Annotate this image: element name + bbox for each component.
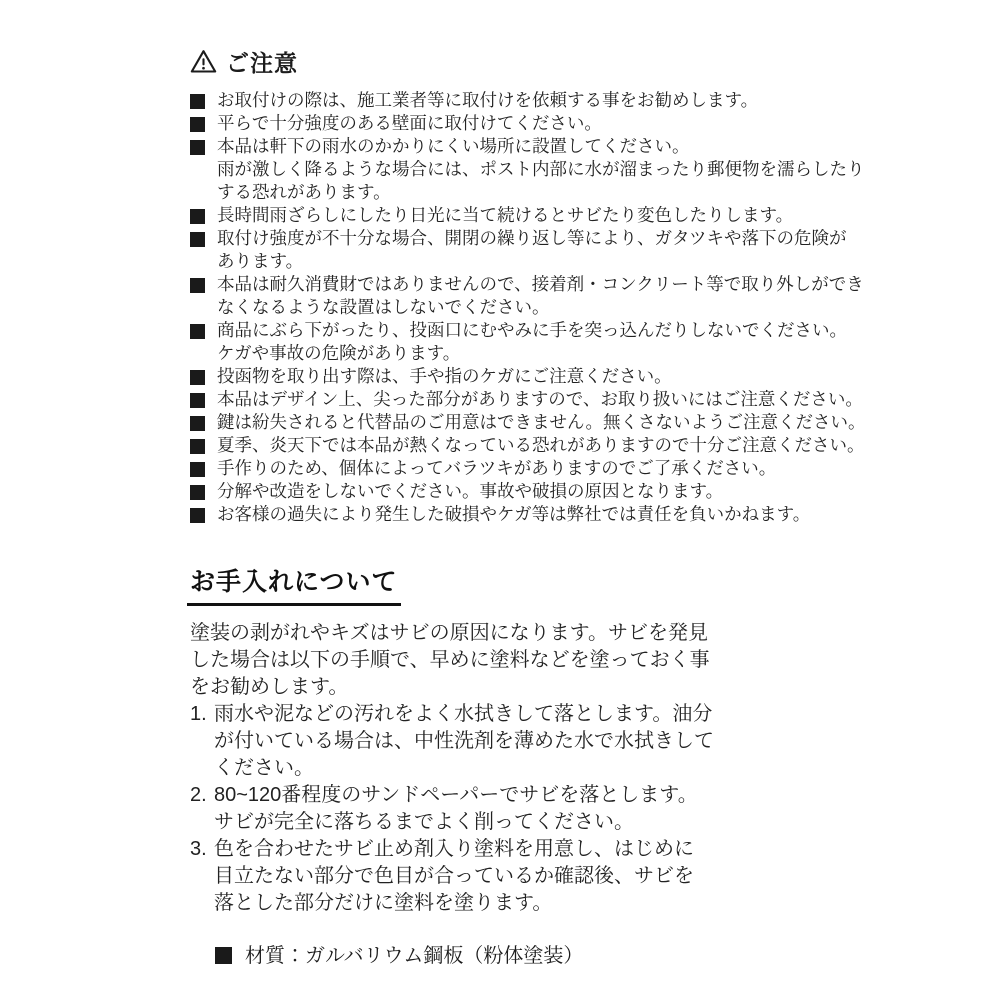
caution-item: 手作りのため、個体によってバラツキがありますのでご了承ください。 bbox=[190, 457, 890, 480]
caution-item-text: 取付け強度が不十分な場合、開閉の繰り返し等により、ガタツキや落下の危険が ありま… bbox=[217, 228, 846, 271]
bullet-square-icon bbox=[190, 508, 205, 523]
step-text: 色を合わせたサビ止め剤入り塗料を用意し、はじめに 目立たない部分で色目が合ってい… bbox=[214, 836, 734, 917]
caution-item: お取付けの際は、施工業者等に取付けを依頼する事をお勧めします。 bbox=[190, 89, 890, 112]
step-text: 80~120番程度のサンドペーパーでサビを落とします。 サビが完全に落ちるまでよ… bbox=[214, 782, 734, 836]
caution-item-text: 夏季、炎天下では本品が熱くなっている恐れがありますので十分ご注意ください。 bbox=[217, 435, 865, 455]
material-text: 材質：ガルバリウム鋼板（粉体塗装） bbox=[245, 945, 583, 967]
caution-item-text: 手作りのため、個体によってバラツキがありますのでご了承ください。 bbox=[217, 458, 776, 478]
caution-item: 商品にぶら下がったり、投函口にむやみに手を突っ込んだりしないでください。 ケガや… bbox=[190, 319, 890, 365]
care-step: 3. 色を合わせたサビ止め剤入り塗料を用意し、はじめに 目立たない部分で色目が合… bbox=[190, 836, 890, 917]
bullet-square-icon bbox=[190, 209, 205, 224]
caution-item-text: 分解や改造をしないでください。事故や破損の原因となります。 bbox=[217, 481, 723, 501]
bullet-square-icon bbox=[190, 140, 205, 155]
step-number: 1. bbox=[190, 701, 214, 782]
caution-item: 鍵は紛失されると代替品のご用意はできません。無くさないようご注意ください。 bbox=[190, 411, 890, 434]
caution-item-text: お取付けの際は、施工業者等に取付けを依頼する事をお勧めします。 bbox=[217, 90, 758, 110]
caution-list: お取付けの際は、施工業者等に取付けを依頼する事をお勧めします。 平らで十分強度の… bbox=[190, 89, 890, 526]
caution-item-text: 本品はデザイン上、尖った部分がありますので、お取り扱いにはご注意ください。 bbox=[217, 389, 863, 409]
material-row: 材質：ガルバリウム鋼板（粉体塗装） bbox=[215, 943, 890, 969]
warning-icon bbox=[190, 49, 217, 74]
bullet-square-icon bbox=[215, 947, 232, 964]
caution-item: 分解や改造をしないでください。事故や破損の原因となります。 bbox=[190, 480, 890, 503]
bullet-square-icon bbox=[190, 117, 205, 132]
bullet-square-icon bbox=[190, 393, 205, 408]
step-text: 雨水や泥などの汚れをよく水拭きして落とします。油分 が付いている場合は、中性洗剤… bbox=[214, 701, 734, 782]
care-steps: 1. 雨水や泥などの汚れをよく水拭きして落とします。油分 が付いている場合は、中… bbox=[190, 701, 890, 917]
step-number: 3. bbox=[190, 836, 214, 917]
caution-item-text: 投函物を取り出す際は、手や指のケガにご注意ください。 bbox=[217, 366, 672, 386]
caution-item: 夏季、炎天下では本品が熱くなっている恐れがありますので十分ご注意ください。 bbox=[190, 434, 890, 457]
bullet-square-icon bbox=[190, 94, 205, 109]
caution-item-text: 本品は軒下の雨水のかかりにくい場所に設置してください。 雨が激しく降るような場合… bbox=[217, 136, 865, 202]
bullet-square-icon bbox=[190, 278, 205, 293]
care-section: お手入れについて 塗装の剥がれやキズはサビの原因になります。サビを発見 した場合… bbox=[190, 562, 890, 969]
care-title: お手入れについて bbox=[187, 562, 401, 606]
caution-item: 取付け強度が不十分な場合、開閉の繰り返し等により、ガタツキや落下の危険が ありま… bbox=[190, 227, 890, 273]
caution-item: 本品はデザイン上、尖った部分がありますので、お取り扱いにはご注意ください。 bbox=[190, 388, 890, 411]
caution-item: 本品は軒下の雨水のかかりにくい場所に設置してください。 雨が激しく降るような場合… bbox=[190, 135, 890, 204]
caution-item-text: 平らで十分強度のある壁面に取付けてください。 bbox=[217, 113, 602, 133]
care-step: 2. 80~120番程度のサンドペーパーでサビを落とします。 サビが完全に落ちる… bbox=[190, 782, 890, 836]
instruction-sheet-page: ご注意 お取付けの際は、施工業者等に取付けを依頼する事をお勧めします。 平らで十… bbox=[0, 0, 1000, 1000]
caution-item: 平らで十分強度のある壁面に取付けてください。 bbox=[190, 112, 890, 135]
care-step: 1. 雨水や泥などの汚れをよく水拭きして落とします。油分 が付いている場合は、中… bbox=[190, 701, 890, 782]
bullet-square-icon bbox=[190, 370, 205, 385]
content-column: ご注意 お取付けの際は、施工業者等に取付けを依頼する事をお勧めします。 平らで十… bbox=[190, 46, 890, 969]
caution-item-text: 鍵は紛失されると代替品のご用意はできません。無くさないようご注意ください。 bbox=[217, 412, 866, 432]
step-number: 2. bbox=[190, 782, 214, 836]
caution-header: ご注意 bbox=[190, 46, 890, 76]
caution-item-text: お客様の過失により発生した破損やケガ等は弊社では責任を負いかねます。 bbox=[217, 504, 810, 524]
bullet-square-icon bbox=[190, 439, 205, 454]
caution-item-text: 長時間雨ざらしにしたり日光に当て続けるとサビたり変色したりします。 bbox=[217, 205, 793, 225]
caution-item-text: 本品は耐久消費財ではありませんので、接着剤・コンクリート等で取り外しができ なく… bbox=[217, 274, 864, 317]
caution-section: ご注意 お取付けの際は、施工業者等に取付けを依頼する事をお勧めします。 平らで十… bbox=[190, 46, 890, 526]
caution-item: 本品は耐久消費財ではありませんので、接着剤・コンクリート等で取り外しができ なく… bbox=[190, 273, 890, 319]
bullet-square-icon bbox=[190, 324, 205, 339]
bullet-square-icon bbox=[190, 232, 205, 247]
caution-item-text: 商品にぶら下がったり、投函口にむやみに手を突っ込んだりしないでください。 ケガや… bbox=[217, 320, 847, 363]
caution-title: ご注意 bbox=[226, 45, 298, 78]
care-intro: 塗装の剥がれやキズはサビの原因になります。サビを発見 した場合は以下の手順で、早… bbox=[190, 620, 730, 701]
caution-item: 長時間雨ざらしにしたり日光に当て続けるとサビたり変色したりします。 bbox=[190, 204, 890, 227]
caution-item: お客様の過失により発生した破損やケガ等は弊社では責任を負いかねます。 bbox=[190, 503, 890, 526]
bullet-square-icon bbox=[190, 416, 205, 431]
bullet-square-icon bbox=[190, 485, 205, 500]
bullet-square-icon bbox=[190, 462, 205, 477]
caution-item: 投函物を取り出す際は、手や指のケガにご注意ください。 bbox=[190, 365, 890, 388]
